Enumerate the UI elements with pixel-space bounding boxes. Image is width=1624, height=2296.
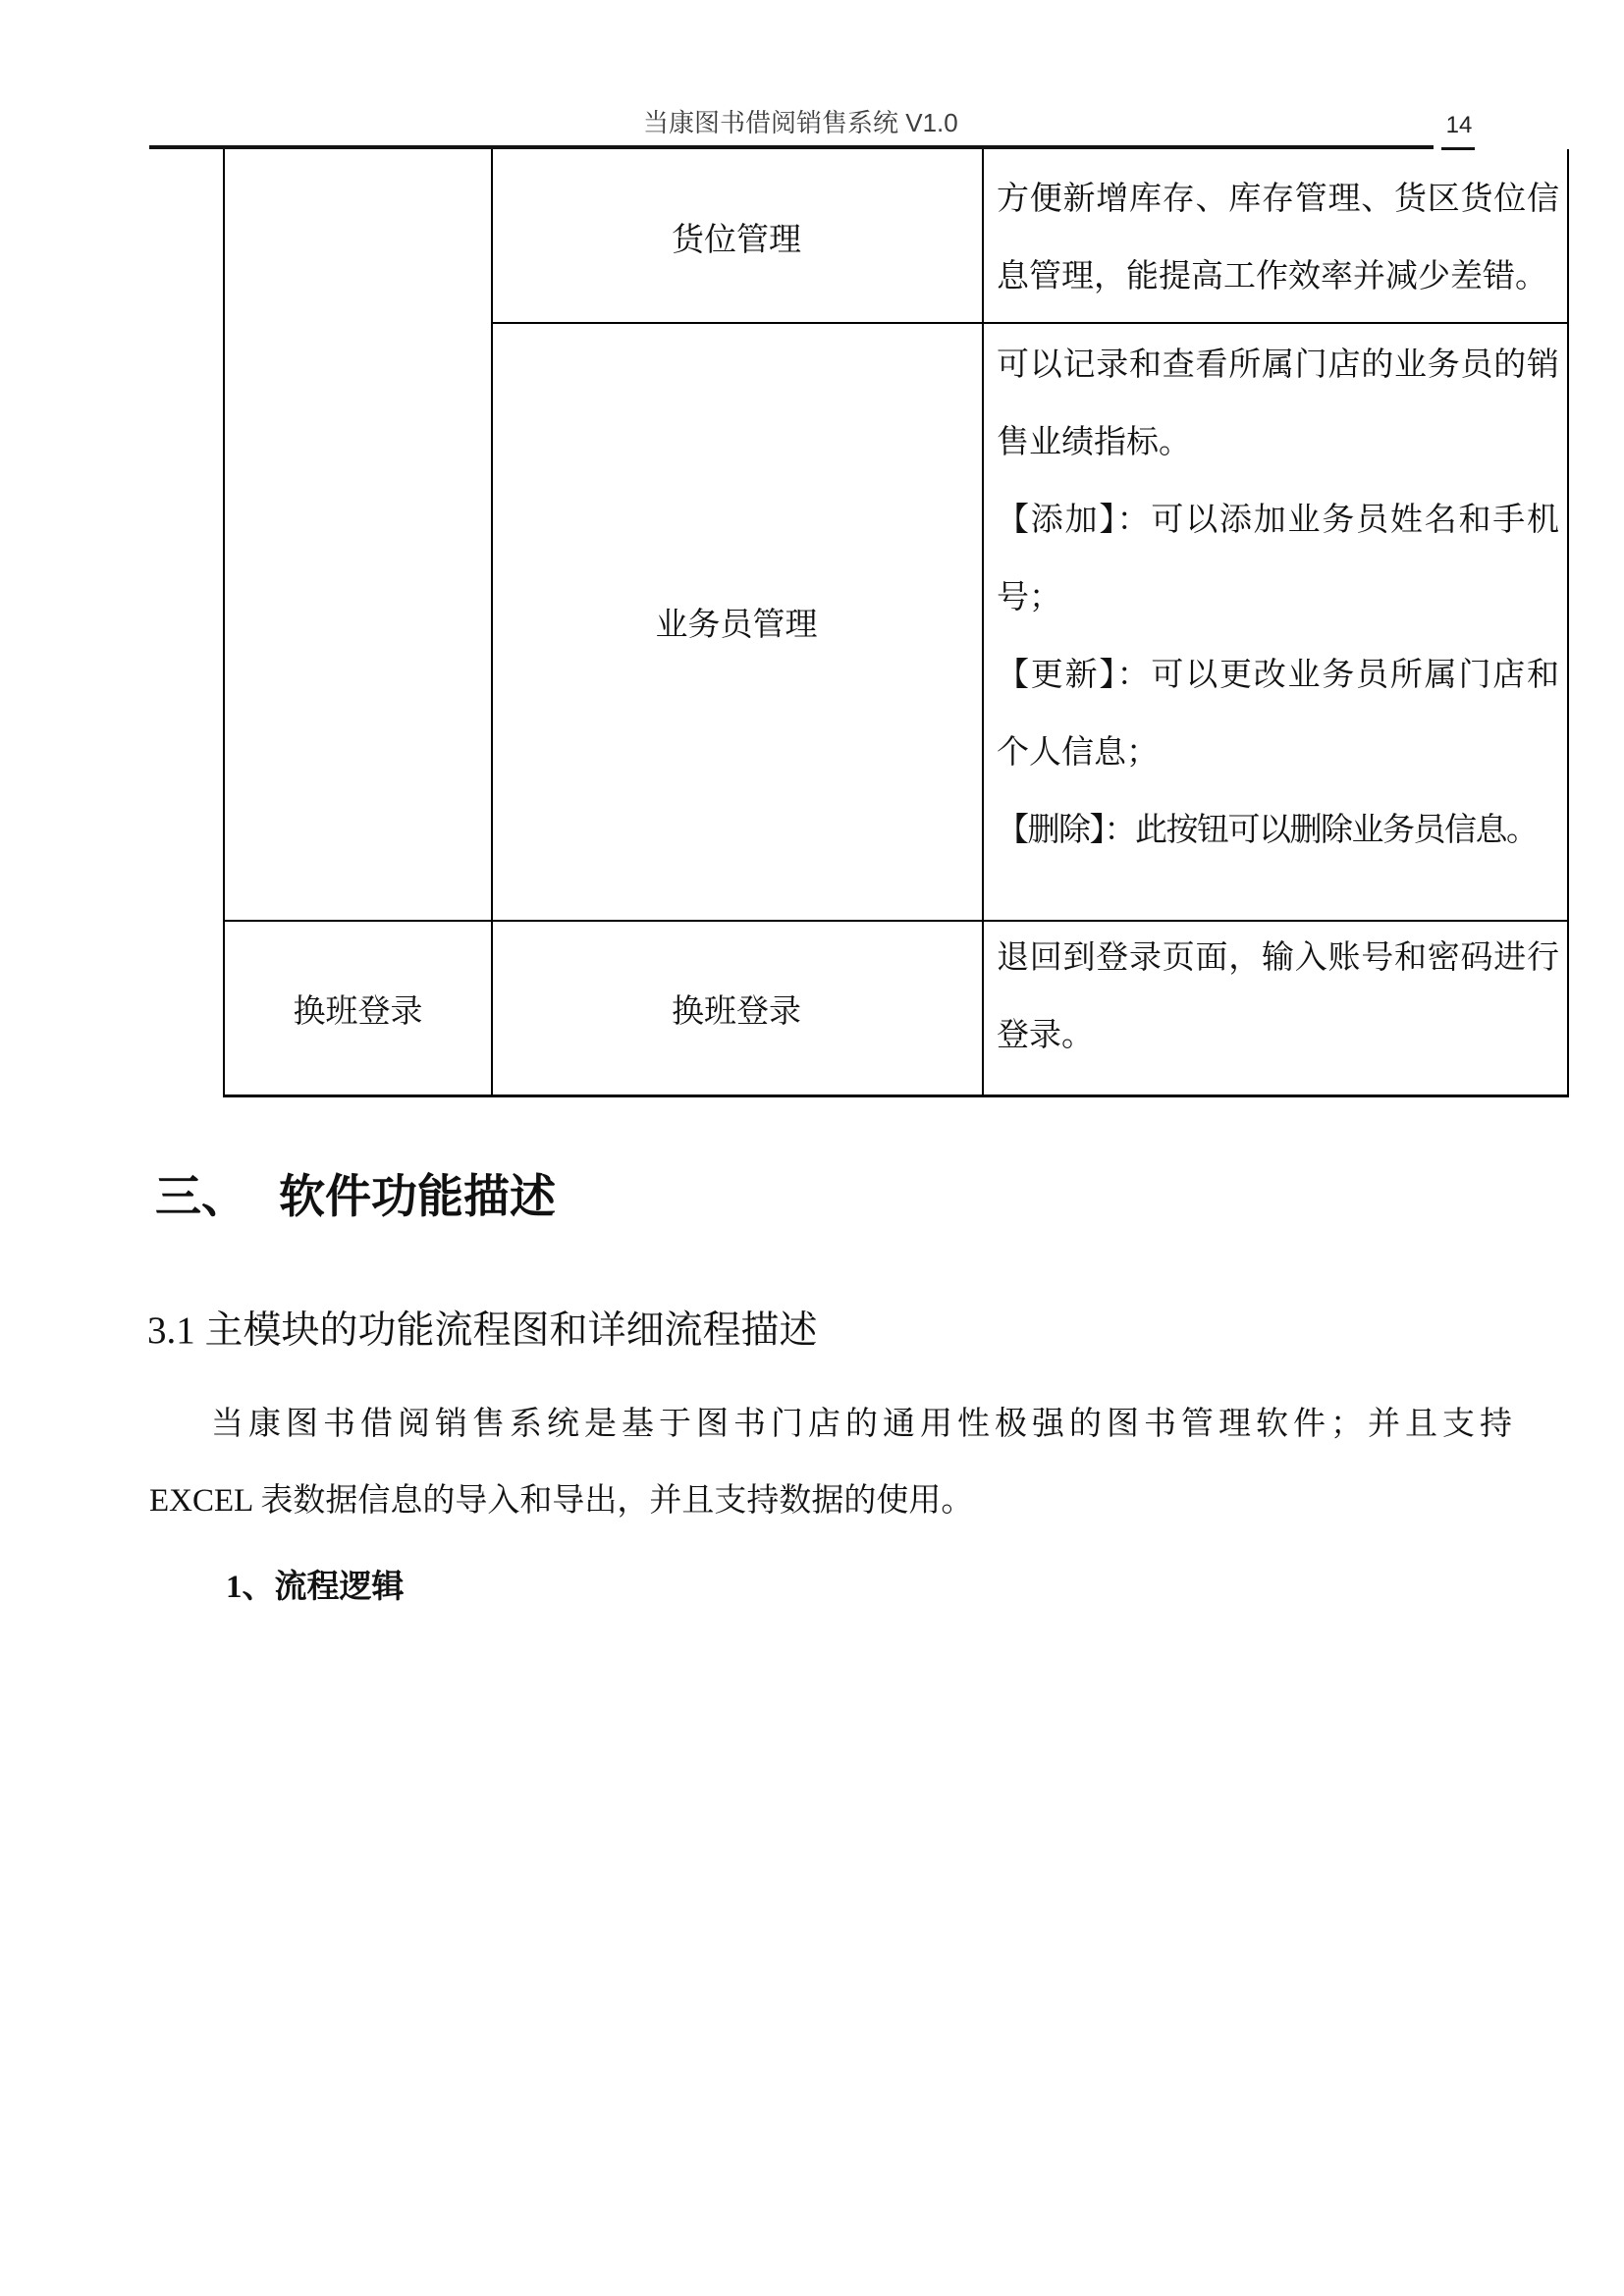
table-divider-col2 bbox=[982, 149, 984, 1097]
paragraph-line-1: 当康图书借阅销售系统是基于图书门店的通用性极强的图书管理软件；并且支持 bbox=[149, 1386, 1512, 1463]
desc-cell-shelf-management: 方便新增库存、库存管理、货区货位信 息管理，能提高工作效率并减少差错。 bbox=[997, 161, 1559, 316]
document-page: 当康图书借阅销售系统 V1.0 14 货位管理 方便新增库存、库存管理、货区货位… bbox=[0, 0, 1624, 2296]
desc-line: 方便新增库存、库存管理、货区货位信 bbox=[997, 161, 1559, 239]
desc-line: 售业绩指标。 bbox=[997, 404, 1559, 482]
features-table: 货位管理 方便新增库存、库存管理、货区货位信 息管理，能提高工作效率并减少差错。… bbox=[223, 149, 1569, 1097]
desc-line: 【添加】：可以添加业务员姓名和手机 bbox=[997, 482, 1559, 560]
desc-line: 息管理，能提高工作效率并减少差错。 bbox=[997, 239, 1559, 316]
feature-cell-shift-login: 换班登录 bbox=[493, 922, 980, 1095]
section-heading-number: 三、 bbox=[155, 1170, 247, 1222]
desc-line: 个人信息； bbox=[997, 715, 1559, 792]
header-title: 当康图书借阅销售系统 V1.0 bbox=[643, 101, 958, 144]
feature-cell-salesperson-management: 业务员管理 bbox=[493, 324, 980, 920]
paragraph-line-2: EXCEL 表数据信息的导入和导出，并且支持数据的使用。 bbox=[149, 1463, 1512, 1539]
desc-line: 退回到登录页面，输入账号和密码进行 bbox=[997, 920, 1559, 997]
desc-line: 【删除】：此按钮可以删除业务员信息。 bbox=[997, 792, 1559, 870]
desc-cell-shift-login: 退回到登录页面，输入账号和密码进行 登录。 bbox=[997, 920, 1559, 1075]
table-border-right bbox=[1567, 149, 1569, 1097]
desc-cell-salesperson-management: 可以记录和查看所属门店的业务员的销 售业绩指标。 【添加】：可以添加业务员姓名和… bbox=[997, 327, 1559, 870]
feature-cell-shelf-management: 货位管理 bbox=[493, 151, 980, 322]
desc-line: 号； bbox=[997, 560, 1559, 637]
list-item-process-logic: 1、流程逻辑 bbox=[226, 1569, 405, 1606]
section-heading: 三、软件功能描述 bbox=[155, 1168, 556, 1225]
desc-line: 【更新】：可以更改业务员所属门店和 bbox=[997, 637, 1559, 715]
section-heading-title: 软件功能描述 bbox=[279, 1170, 556, 1222]
page-number: 14 bbox=[1441, 106, 1477, 145]
category-cell-shift-login: 换班登录 bbox=[225, 922, 491, 1095]
subsection-heading: 3.1 主模块的功能流程图和详细流程描述 bbox=[147, 1308, 818, 1355]
desc-line: 可以记录和查看所属门店的业务员的销 bbox=[997, 327, 1559, 404]
desc-line: 登录。 bbox=[997, 997, 1559, 1075]
